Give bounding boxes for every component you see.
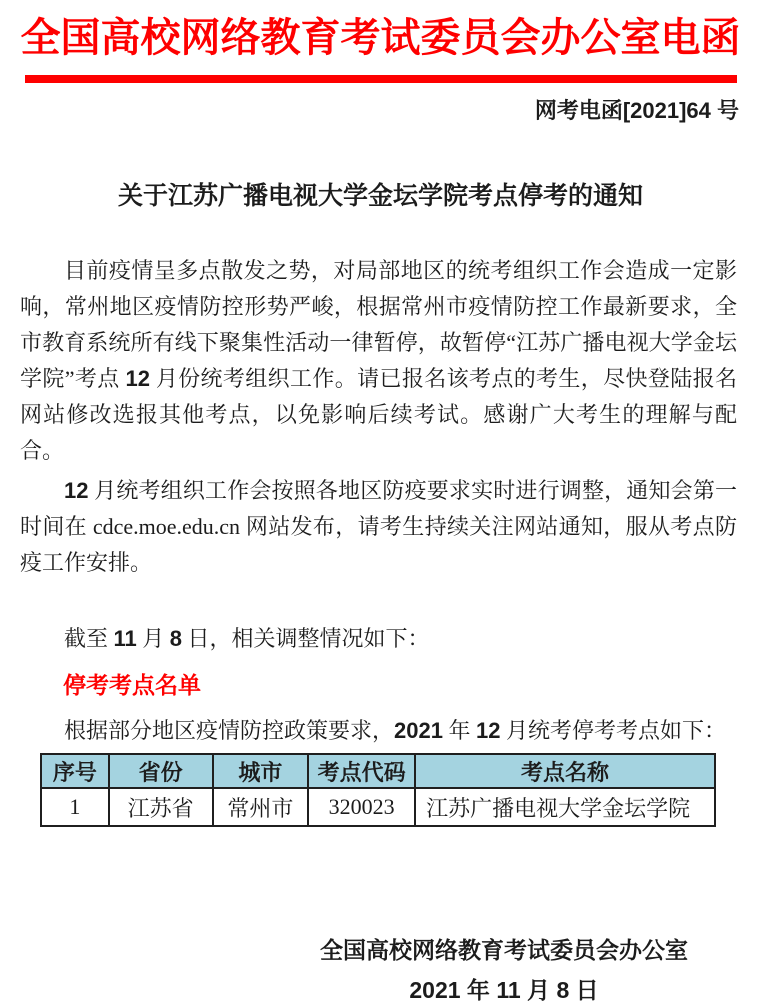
paragraph-epidemic-situation: 目前疫情呈多点散发之势，对局部地区的统考组织工作会造成一定影响，常州地区疫情防控… [20,253,737,469]
document-number: 网考电函[2021]64 号 [0,98,739,124]
cell-site-name: 江苏广播电视大学金坛学院 [415,788,715,826]
letterhead-banner: 全国高校网络教育考试委员会办公室电函 [17,14,744,62]
cell-site-code: 320023 [308,788,415,826]
paragraph-december-adjustment: 12 月统考组织工作会按照各地区防疫要求实时进行调整，通知会第一时间在 cdce… [20,473,737,581]
signature-date: 2021 年 11 月 8 日 [320,977,688,1003]
column-header-city: 城市 [213,754,309,788]
column-header-site-name: 考点名称 [415,754,715,788]
table-row: 1 江苏省 常州市 320023 江苏广播电视大学金坛学院 [41,788,715,826]
double-rule-divider [25,75,737,83]
table-intro-line: 根据部分地区疫情防控政策要求，2021 年 12 月统考停考考点如下： [20,713,737,749]
cell-province: 江苏省 [109,788,213,826]
column-header-site-code: 考点代码 [308,754,415,788]
section-heading-suspended-sites: 停考考点名单 [63,669,737,701]
document-page: 全国高校网络教育考试委员会办公室电函 网考电函[2021]64 号 关于江苏广播… [0,14,761,1003]
column-header-province: 省份 [109,754,213,788]
signature-block: 全国高校网络教育考试委员会办公室 2021 年 11 月 8 日 [320,937,688,1003]
table-header-row: 序号 省份 城市 考点代码 考点名称 [41,754,715,788]
signature-org: 全国高校网络教育考试委员会办公室 [320,937,688,963]
cell-seq: 1 [41,788,109,826]
notice-title: 关于江苏广播电视大学金坛学院考点停考的通知 [0,181,761,211]
cell-city: 常州市 [213,788,309,826]
column-header-seq: 序号 [41,754,109,788]
deadline-note: 截至 11 月 8 日，相关调整情况如下： [20,621,737,657]
notice-body: 目前疫情呈多点散发之势，对局部地区的统考组织工作会造成一定影响，常州地区疫情防控… [20,253,737,749]
suspended-sites-table: 序号 省份 城市 考点代码 考点名称 1 江苏省 常州市 320023 江苏广播… [40,753,716,827]
